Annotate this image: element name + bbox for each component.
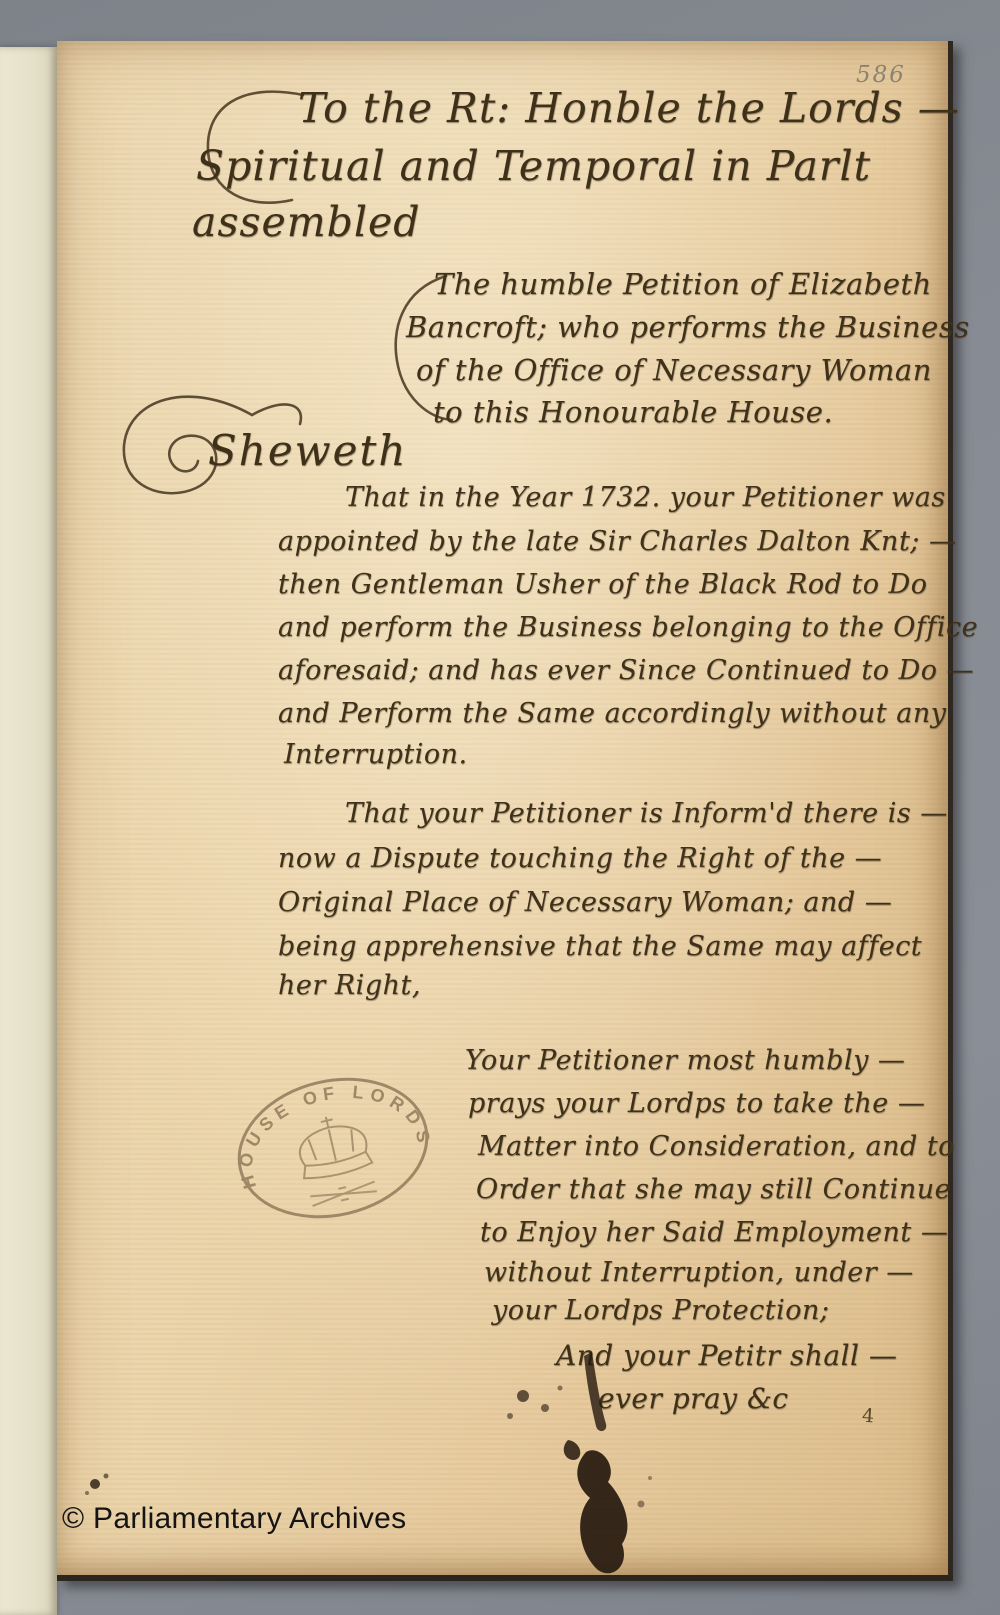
prayer-line: without Interruption, under — — [484, 1259, 914, 1286]
paragraph1-line: then Gentleman Usher of the Black Rod to… — [278, 571, 928, 598]
underlying-page-edge — [0, 47, 57, 1615]
paragraph2-line: now a Dispute touching the Right of the … — [278, 845, 882, 872]
petition-intro-line: to this Honourable House. — [433, 398, 833, 427]
header-line: assembled — [192, 202, 421, 243]
manuscript-scan: { "document": { "folio_number": "586", "… — [0, 0, 1000, 1615]
closing-line: And your Petitr shall — — [556, 1342, 897, 1370]
margin-mark: 4 — [861, 1405, 875, 1428]
paragraph1-line: and perform the Business belonging to th… — [278, 614, 978, 641]
prayer-line: Your Petitioner most humbly — — [465, 1047, 905, 1074]
paragraph2-line: That your Petitioner is Inform'd there i… — [345, 800, 948, 827]
prayer-line: your Lordps Protection; — [492, 1297, 830, 1324]
archive-watermark: © Parliamentary Archives — [62, 1502, 406, 1536]
paragraph2-line: being apprehensive that the Same may aff… — [278, 933, 922, 960]
prayer-line: Matter into Consideration, and to — [478, 1133, 955, 1160]
sheweth-heading: Sheweth — [208, 430, 407, 472]
petition-intro-line: Bancroft; who performs the Business — [406, 313, 970, 342]
header-line: To the Rt: Honble the Lords — — [298, 88, 960, 129]
petition-intro-line: of the Office of Necessary Woman — [416, 356, 932, 385]
paragraph1-line: and Perform the Same accordingly without… — [278, 700, 946, 727]
prayer-line: prays your Lordps to take the — — [468, 1090, 925, 1117]
paragraph1-line: aforesaid; and has ever Since Continued … — [278, 657, 974, 684]
paragraph1-line: appointed by the late Sir Charles Dalton… — [278, 528, 956, 555]
petition-intro-line: The humble Petition of Elizabeth — [434, 270, 932, 299]
paragraph1-line: That in the Year 1732. your Petitioner w… — [345, 484, 946, 511]
prayer-line: Order that she may still Continue — [476, 1176, 951, 1203]
paragraph1-line: Interruption. — [284, 741, 468, 768]
paragraph2-line: Original Place of Necessary Woman; and — — [278, 889, 892, 916]
header-line: Spiritual and Temporal in Parlt — [196, 146, 871, 187]
closing-line: ever pray &c — [598, 1385, 789, 1413]
paragraph2-line: her Right, — [278, 972, 421, 999]
prayer-line: to Enjoy her Said Employment — — [480, 1219, 948, 1246]
